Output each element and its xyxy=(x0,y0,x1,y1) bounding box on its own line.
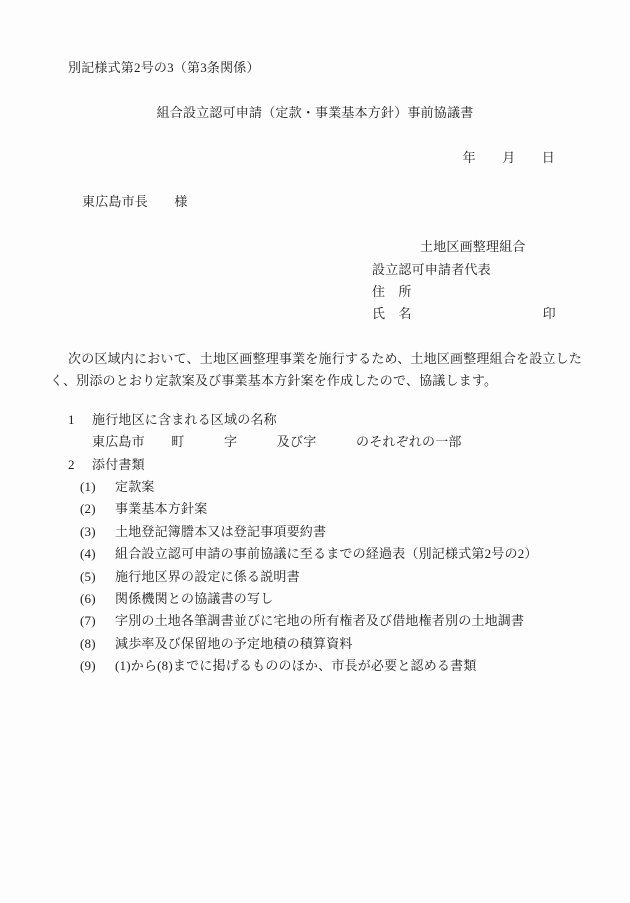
section-2-heading-row: 2添付書類 xyxy=(68,454,630,476)
section-number: 2 xyxy=(68,454,92,476)
section-1-heading-row: 1施行地区に含まれる区域の名称 xyxy=(68,409,630,431)
blank-line xyxy=(0,169,630,191)
attachment-number: (8) xyxy=(80,633,115,655)
section-heading: 施行地区に含まれる区域の名称 xyxy=(92,409,277,431)
attachment-item: (2)事業基本方針案 xyxy=(80,498,630,520)
paragraph-line: 次の区域内において、土地区画整理事業を施行するため、土地区画整理組合を設立した xyxy=(50,348,580,370)
applicant-block: 土地区画整理組合 設立認可申請者代表 住 所 氏 名印 xyxy=(372,236,630,326)
blank-line xyxy=(0,214,630,236)
form-number: 別記様式第2号の3（第3条関係） xyxy=(68,57,630,79)
blank-line xyxy=(0,393,630,409)
attachment-item: (6)関係機関との協議書の写し xyxy=(80,588,630,610)
body-paragraph: 次の区域内において、土地区画整理事業を施行するため、土地区画整理組合を設立した … xyxy=(50,348,580,393)
applicant-representative: 設立認可申請者代表 xyxy=(372,259,630,281)
attachment-number: (3) xyxy=(80,521,115,543)
blank-line xyxy=(0,326,630,348)
section-heading: 添付書類 xyxy=(92,454,145,476)
blank-line xyxy=(0,124,630,146)
attachment-text: 施行地区界の設定に係る説明書 xyxy=(115,566,300,588)
section-number: 1 xyxy=(68,409,92,431)
attachment-number: (4) xyxy=(80,543,115,565)
paragraph-line: く、別添のとおり定款案及び事業基本方針案を作成したので、協議します。 xyxy=(50,370,580,392)
attachment-item: (9)(1)から(8)までに掲げるもののほか、市長が必要と認める書類 xyxy=(80,655,630,677)
attachment-text: 定款案 xyxy=(115,476,155,498)
attachment-item: (3)土地登記簿謄本又は登記事項要約書 xyxy=(80,521,630,543)
attachment-text: 組合設立認可申請の事前協議に至るまでの経過表（別記様式第2号の2） xyxy=(115,543,538,565)
attachment-text: 字別の土地各筆調書並びに宅地の所有権者及び借地権者別の土地調書 xyxy=(115,610,524,632)
attachment-item: (4)組合設立認可申請の事前協議に至るまでの経過表（別記様式第2号の2） xyxy=(80,543,630,565)
attachment-item: (1)定款案 xyxy=(80,476,630,498)
seal-mark: 印 xyxy=(543,303,556,325)
attachment-text: 土地登記簿謄本又は登記事項要約書 xyxy=(115,521,326,543)
applicant-name-line: 氏 名印 xyxy=(372,303,630,325)
attachment-item: (8)減歩率及び保留地の予定地積の積算資料 xyxy=(80,633,630,655)
attachment-text: 事業基本方針案 xyxy=(115,498,207,520)
applicant-organization: 土地区画整理組合 xyxy=(372,236,630,258)
attachment-number: (7) xyxy=(80,610,115,632)
blank-line xyxy=(0,79,630,101)
attachment-number: (5) xyxy=(80,566,115,588)
attachment-text: 関係機関との協議書の写し xyxy=(115,588,273,610)
attachment-number: (2) xyxy=(80,498,115,520)
document-title: 組合設立認可申請（定款・事業基本方針）事前協議書 xyxy=(0,102,630,124)
attachment-item: (5)施行地区界の設定に係る説明書 xyxy=(80,566,630,588)
attachment-number: (6) xyxy=(80,588,115,610)
document-page: 別記様式第2号の3（第3条関係） 組合設立認可申請（定款・事業基本方針）事前協議… xyxy=(0,0,630,903)
attachment-text: (1)から(8)までに掲げるもののほか、市長が必要と認める書類 xyxy=(115,655,477,677)
attachment-number: (9) xyxy=(80,655,115,677)
date-line: 年 月 日 xyxy=(0,147,630,169)
applicant-address-label: 住 所 xyxy=(372,281,630,303)
applicant-name-label: 氏 名 xyxy=(372,306,412,321)
section-1-body: 東広島市 町 字 及び字 のそれぞれの一部 xyxy=(92,431,630,453)
attachment-text: 減歩率及び保留地の予定地積の積算資料 xyxy=(115,633,353,655)
attachment-number: (1) xyxy=(80,476,115,498)
addressee: 東広島市長 様 xyxy=(82,191,630,213)
attachment-item: (7)字別の土地各筆調書並びに宅地の所有権者及び借地権者別の土地調書 xyxy=(80,610,630,632)
